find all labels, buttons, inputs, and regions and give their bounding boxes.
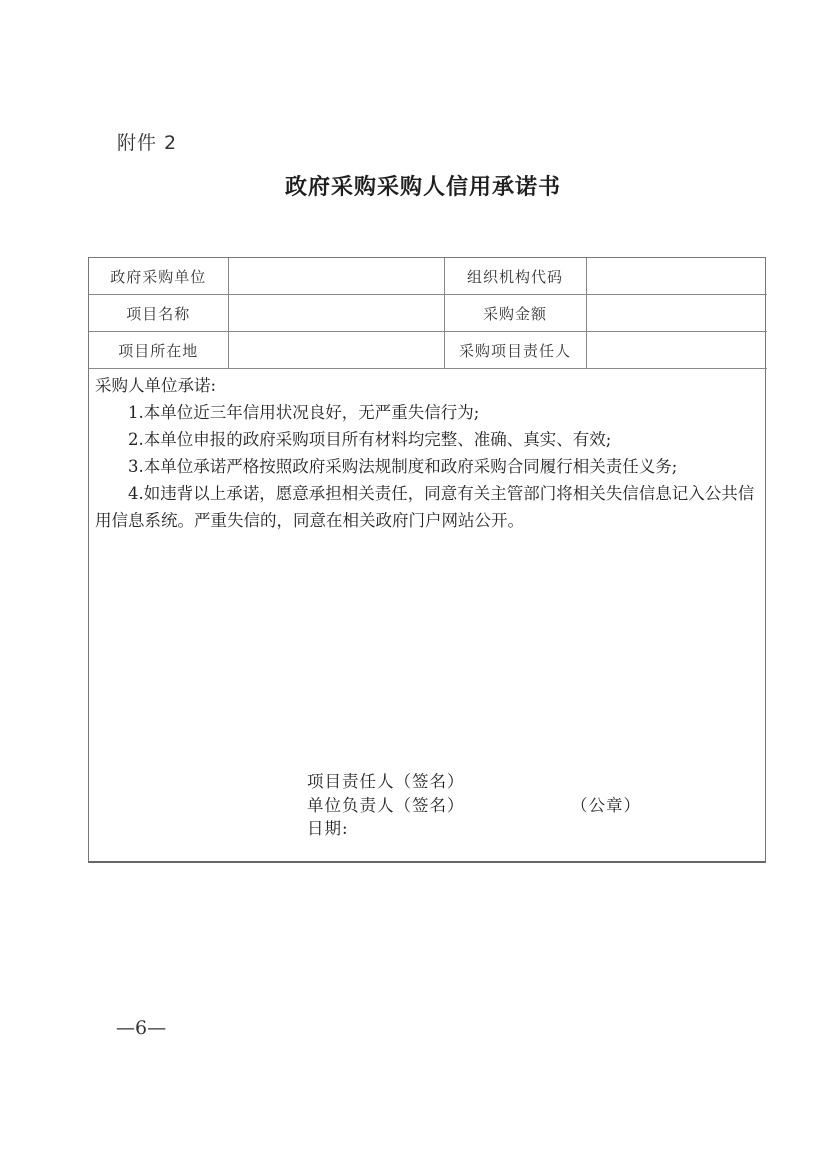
- signature-block: 项目责任人（签名） 单位负责人（签名） （公章） 日期:: [307, 770, 465, 841]
- label-project-name: 项目名称: [89, 295, 228, 332]
- date-label: 日期:: [307, 817, 465, 841]
- official-seal: （公章）: [571, 794, 641, 818]
- label-project-lead: 采购项目责任人: [444, 332, 586, 369]
- label-procurement-amount: 采购金额: [444, 295, 586, 332]
- document-title: 政府采购采购人信用承诺书: [0, 170, 826, 201]
- project-name-field[interactable]: [228, 295, 444, 332]
- unit-head-signature: 单位负责人（签名）: [307, 794, 465, 818]
- commitment-item: 1.本单位近三年信用状况良好，无严重失信行为;: [95, 399, 759, 426]
- procurement-unit-field[interactable]: [228, 258, 444, 295]
- info-table: 政府采购单位 组织机构代码 项目名称 采购金额 项目所在地 采购项目责任人: [89, 258, 767, 369]
- commitment-item: 3.本单位承诺严格按照政府采购法规制度和政府采购合同履行相关责任义务;: [95, 453, 759, 480]
- org-code-field[interactable]: [586, 258, 767, 295]
- commitment-section: 采购人单位承诺: 1.本单位近三年信用状况良好，无严重失信行为; 2.本单位申报…: [89, 369, 765, 534]
- attachment-label: 附件 2: [117, 128, 177, 155]
- commitment-item: 2.本单位申报的政府采购项目所有材料均完整、准确、真实、有效;: [95, 426, 759, 453]
- project-lead-field[interactable]: [586, 332, 767, 369]
- commitment-heading: 采购人单位承诺:: [95, 372, 759, 399]
- project-location-field[interactable]: [228, 332, 444, 369]
- project-lead-signature: 项目责任人（签名）: [307, 770, 465, 794]
- procurement-amount-field[interactable]: [586, 295, 767, 332]
- table-row: 政府采购单位 组织机构代码: [89, 258, 767, 295]
- table-row: 项目名称 采购金额: [89, 295, 767, 332]
- commitment-form: 政府采购单位 组织机构代码 项目名称 采购金额 项目所在地 采购项目责任人 采购…: [88, 257, 766, 863]
- commitment-item: 4.如违背以上承诺，愿意承担相关责任，同意有关主管部门将相关失信信息记入公共信用…: [95, 480, 759, 534]
- table-row: 项目所在地 采购项目责任人: [89, 332, 767, 369]
- page-number: —6—: [116, 1017, 166, 1039]
- label-project-location: 项目所在地: [89, 332, 228, 369]
- label-org-code: 组织机构代码: [444, 258, 586, 295]
- label-procurement-unit: 政府采购单位: [89, 258, 228, 295]
